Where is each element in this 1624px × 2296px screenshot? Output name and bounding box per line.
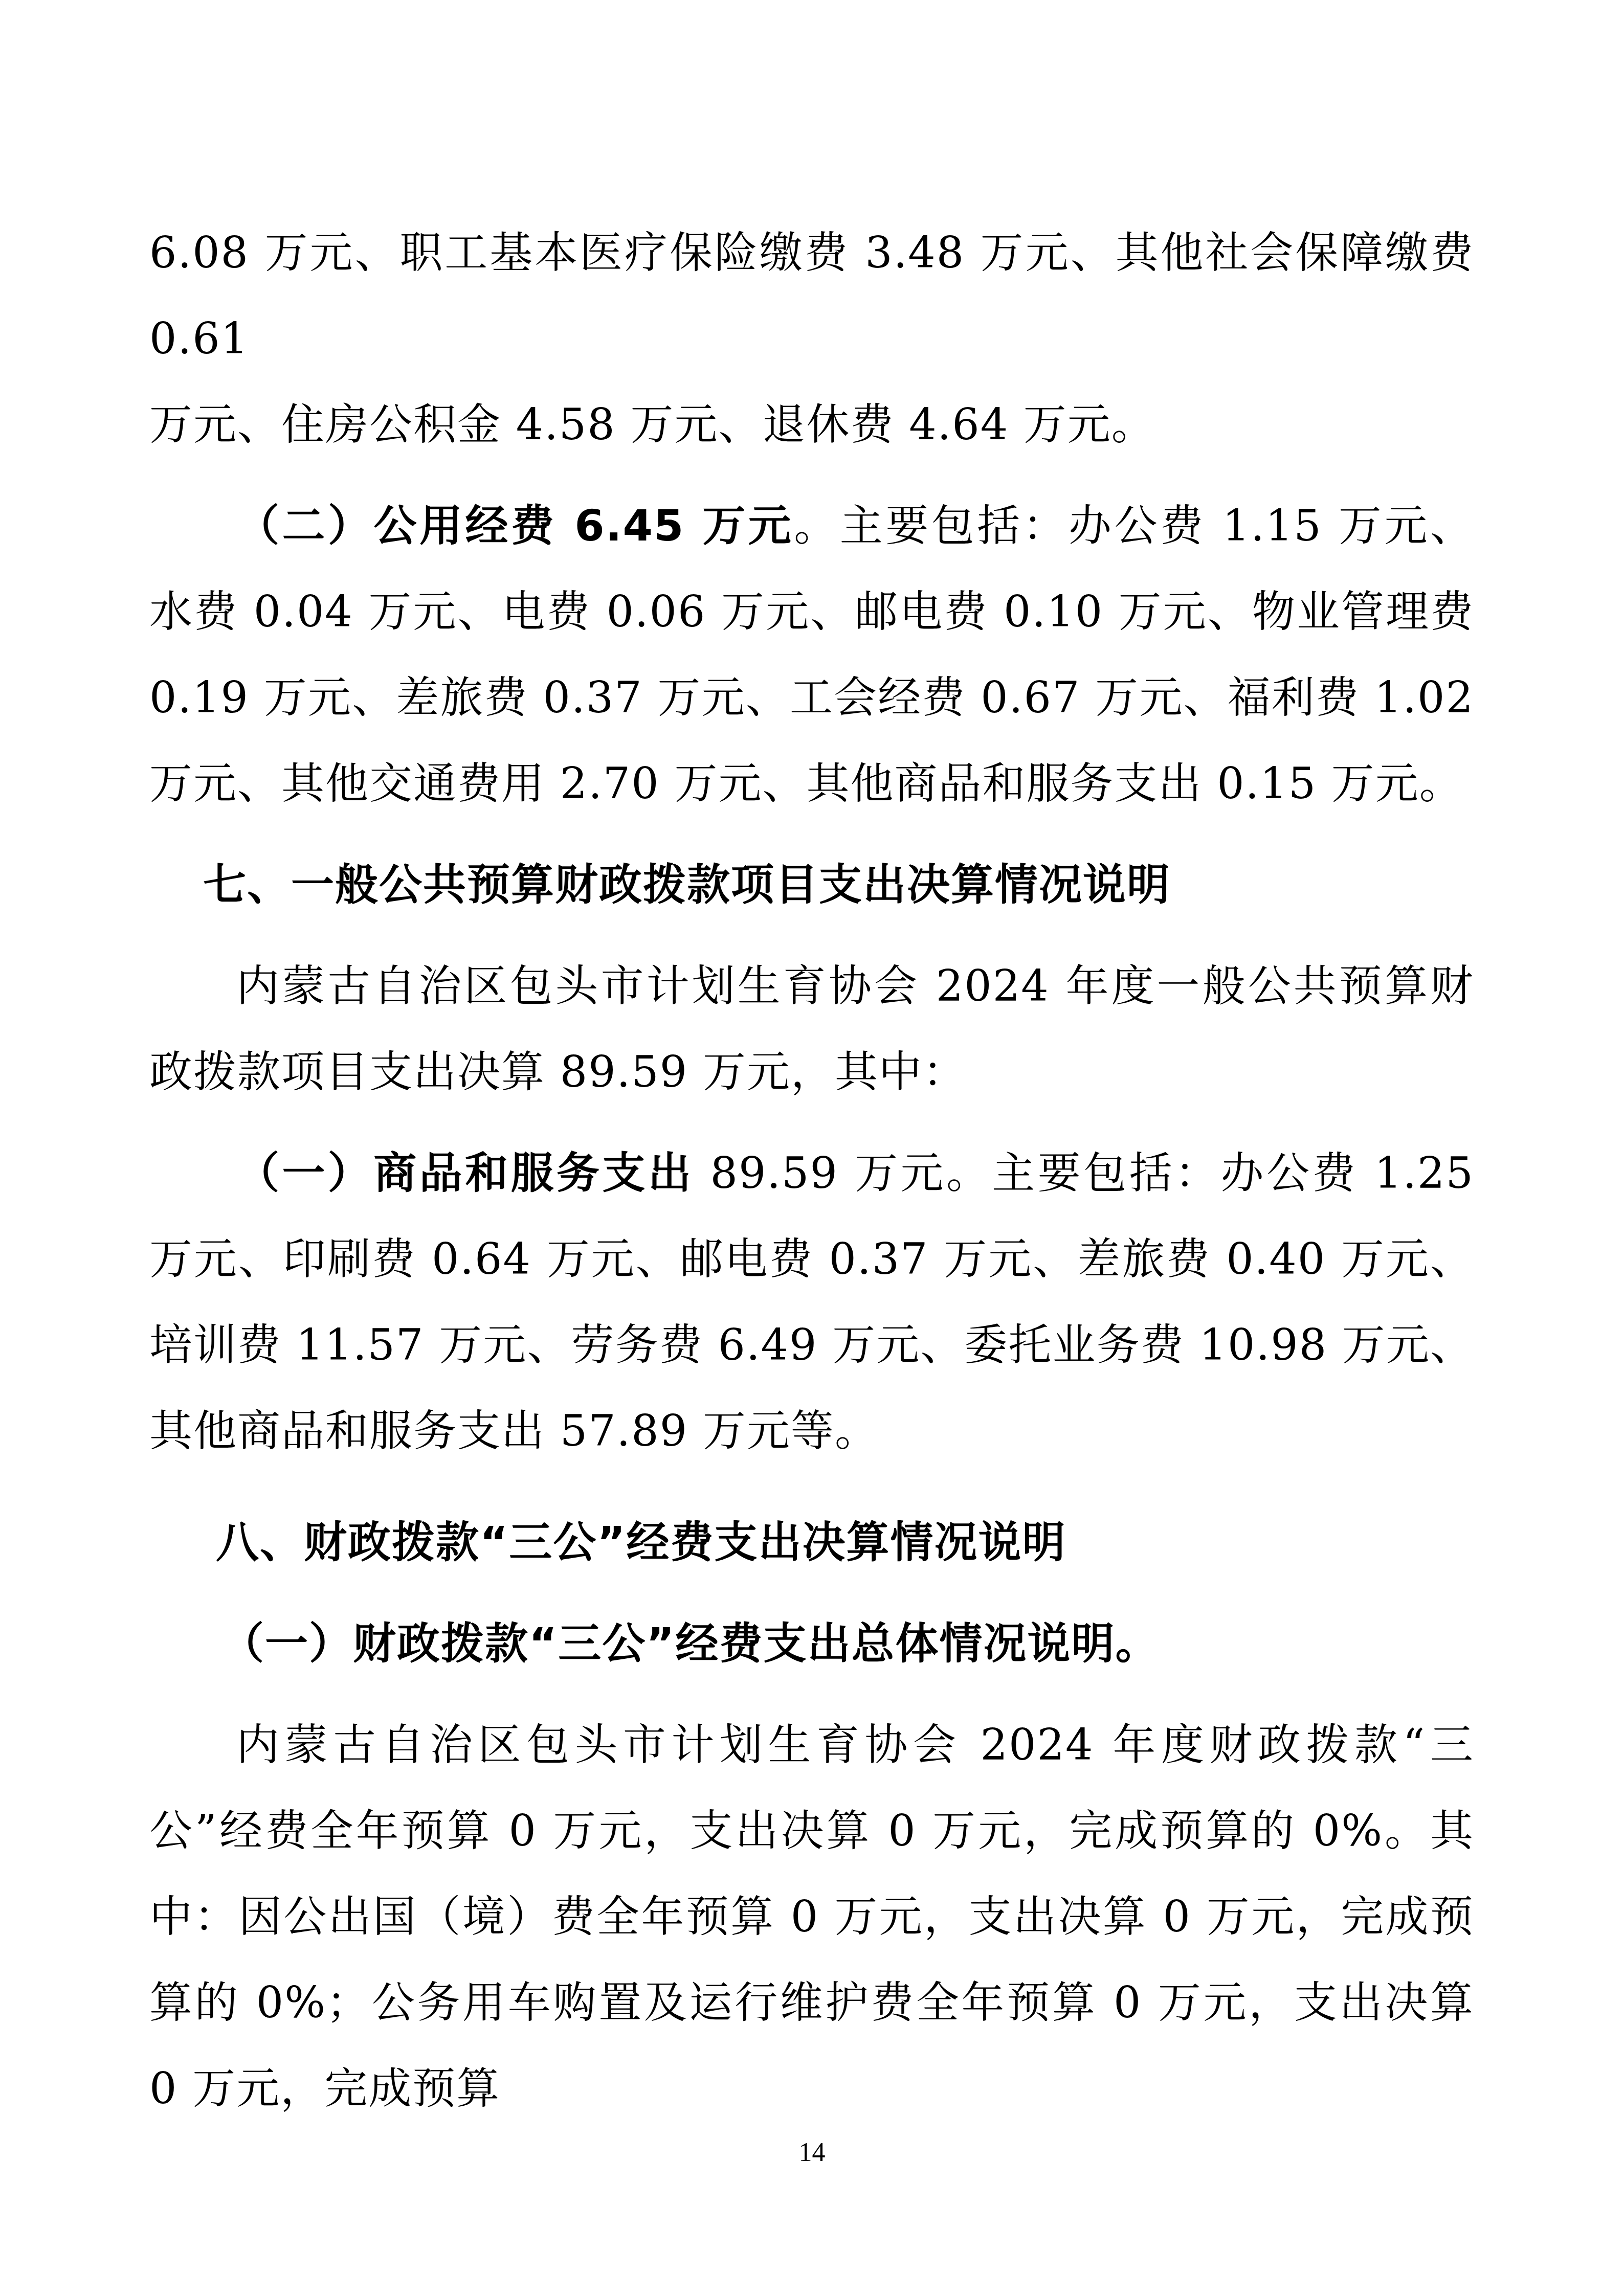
section-8-heading: 八、财政拨款“三公”经费支出决算情况说明 (149, 1499, 1474, 1585)
section-8-subheading: （一）财政拨款“三公”经费支出总体情况说明。 (149, 1601, 1474, 1686)
page-content: 6.08 万元、职工基本医疗保险缴费 3.48 万元、其他社会保障缴费 0.61… (149, 210, 1474, 2131)
document-page: 6.08 万元、职工基本医疗保险缴费 3.48 万元、其他社会保障缴费 0.61… (0, 0, 1624, 2296)
public-funds-paragraph: （二）公用经费 6.45 万元。主要包括：办公费 1.15 万元、水费 0.04… (149, 483, 1474, 826)
continuation-paragraph: 6.08 万元、职工基本医疗保险缴费 3.48 万元、其他社会保障缴费 0.61… (149, 210, 1474, 467)
section-8-body: 内蒙古自治区包头市计划生育协会 2024 年度财政拨款“三公”经费全年预算 0 … (149, 1702, 1474, 2131)
section-7-item-1-lead: （一）商品和服务支出 (236, 1148, 694, 1198)
section-7-item-1: （一）商品和服务支出 89.59 万元。主要包括：办公费 1.25 万元、印刷费… (149, 1130, 1474, 1474)
section-7-heading: 七、一般公共预算财政拨款项目支出决算情况说明 (149, 842, 1474, 928)
public-funds-lead: （二）公用经费 6.45 万元 (236, 501, 794, 551)
section-7-intro: 内蒙古自治区包头市计划生育协会 2024 年度一般公共预算财政拨款项目支出决算 … (149, 943, 1474, 1115)
continuation-line-1: 6.08 万元、职工基本医疗保险缴费 3.48 万元、其他社会保障缴费 0.61 (149, 228, 1474, 364)
page-number: 14 (0, 2137, 1624, 2168)
continuation-line-2: 万元、住房公积金 4.58 万元、退休费 4.64 万元。 (149, 399, 1155, 449)
